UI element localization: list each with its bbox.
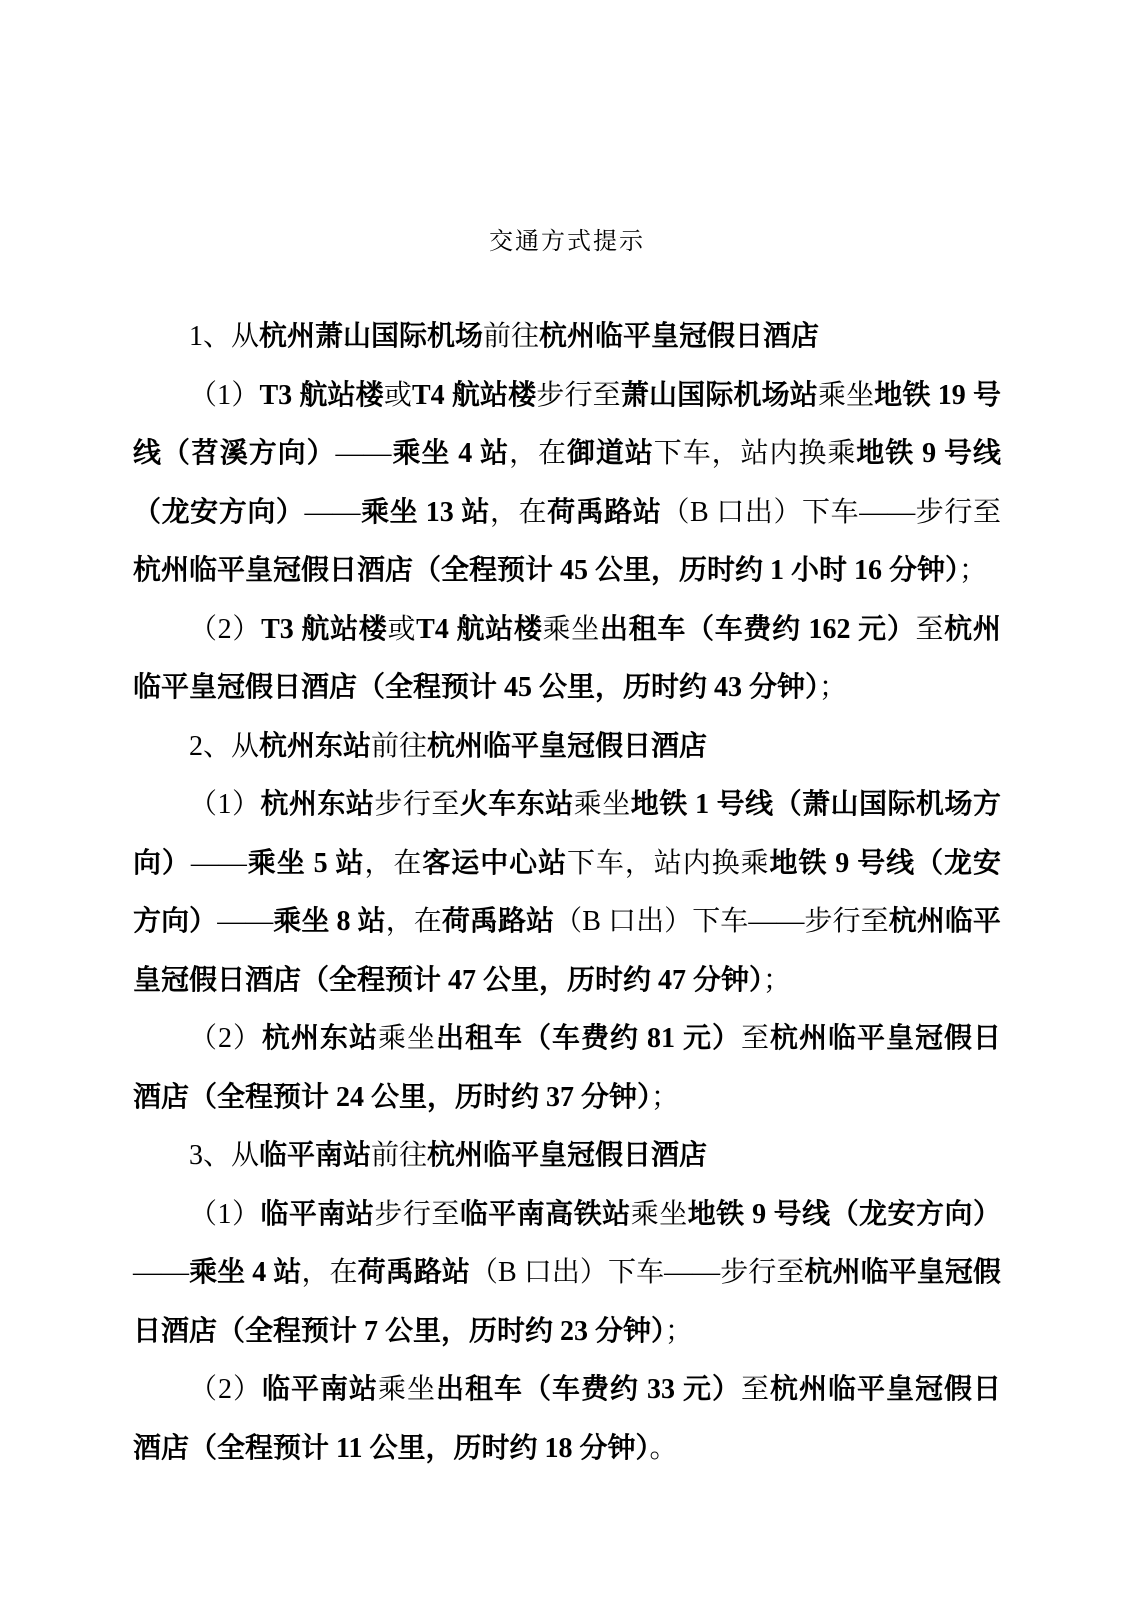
text-run: 至 bbox=[741, 1023, 770, 1054]
text-run: 下车，站内换乘 bbox=[567, 848, 770, 879]
text-run: —— bbox=[191, 848, 247, 879]
emphasis-run: 杭州临平皇冠假日酒店 bbox=[427, 1140, 707, 1171]
emphasis-run: 荷禹路站 bbox=[358, 1257, 470, 1288]
text-run: 乘坐 bbox=[378, 1023, 436, 1054]
text-run: （B 口出）下车——步行至 bbox=[470, 1257, 805, 1288]
text-run: 3、从 bbox=[189, 1140, 259, 1171]
emphasis-run: 临平南站 bbox=[260, 1199, 374, 1230]
text-run: （B 口出）下车——步行至 bbox=[661, 497, 1000, 528]
text-run: ； bbox=[665, 1316, 693, 1347]
text-run: 步行至 bbox=[374, 789, 459, 820]
section-1-item-2: （2）T3 航站楼或T4 航站楼乘坐出租车（车费约 162 元）至杭州临平皇冠假… bbox=[133, 601, 1001, 718]
text-run: （2） bbox=[189, 1023, 262, 1054]
section-1-heading: 1、从杭州萧山国际机场前往杭州临平皇冠假日酒店 bbox=[133, 308, 1001, 367]
emphasis-run: 萧山国际机场站 bbox=[621, 380, 818, 411]
text-run: ，在 bbox=[364, 848, 422, 879]
emphasis-run: 杭州临平皇冠假日酒店 bbox=[539, 321, 819, 352]
text-run: （1） bbox=[189, 1199, 260, 1230]
emphasis-run: T3 航站楼 bbox=[260, 380, 384, 411]
text-run: —— bbox=[133, 1257, 189, 1288]
text-run: （2） bbox=[189, 614, 261, 645]
text-run: —— bbox=[217, 906, 273, 937]
section-1-item-1: （1）T3 航站楼或T4 航站楼步行至萧山国际机场站乘坐地铁 19 号线（苕溪方… bbox=[133, 367, 1001, 601]
section-2-heading: 2、从杭州东站前往杭州临平皇冠假日酒店 bbox=[133, 718, 1001, 777]
emphasis-run: 乘坐 4 站 bbox=[392, 438, 510, 469]
text-run: （1） bbox=[189, 789, 260, 820]
text-run: （1） bbox=[189, 380, 260, 411]
emphasis-run: 杭州临平皇冠假日酒店（全程预计 45 公里，历时约 1 小时 16 分钟） bbox=[133, 555, 959, 586]
text-run: 步行至 bbox=[374, 1199, 459, 1230]
emphasis-run: 临平南高铁站 bbox=[460, 1199, 631, 1230]
emphasis-run: 临平南站 bbox=[262, 1374, 378, 1405]
emphasis-run: 出租车（车费约 33 元） bbox=[436, 1374, 741, 1405]
emphasis-run: 乘坐 5 站 bbox=[247, 848, 365, 879]
text-run: ，在 bbox=[490, 497, 547, 528]
text-run: ； bbox=[763, 965, 791, 996]
text-run: 1、从 bbox=[189, 321, 259, 352]
text-run: ； bbox=[959, 555, 987, 586]
emphasis-run: 出租车（车费约 162 元） bbox=[600, 614, 916, 645]
emphasis-run: 杭州东站 bbox=[262, 1023, 378, 1054]
section-3-item-1: （1）临平南站步行至临平南高铁站乘坐地铁 9 号线（龙安方向）——乘坐 4 站，… bbox=[133, 1186, 1001, 1362]
emphasis-run: 地铁 9 号线（龙安方向） bbox=[688, 1199, 1001, 1230]
text-run: 或 bbox=[387, 614, 416, 645]
text-run: ； bbox=[651, 1082, 679, 1113]
document-page: 交通方式提示 1、从杭州萧山国际机场前往杭州临平皇冠假日酒店（1）T3 航站楼或… bbox=[0, 0, 1131, 1600]
text-run: 乘坐 bbox=[818, 380, 874, 411]
text-run: 乘坐 bbox=[543, 614, 600, 645]
section-3-heading: 3、从临平南站前往杭州临平皇冠假日酒店 bbox=[133, 1127, 1001, 1186]
text-run: 至 bbox=[741, 1374, 770, 1405]
emphasis-run: 出租车（车费约 81 元） bbox=[436, 1023, 741, 1054]
emphasis-run: 乘坐 4 站 bbox=[189, 1257, 301, 1288]
emphasis-run: 临平南站 bbox=[259, 1140, 371, 1171]
text-run: 下车，站内换乘 bbox=[654, 438, 857, 469]
emphasis-run: 客运中心站 bbox=[422, 848, 567, 879]
text-run: （2） bbox=[189, 1374, 262, 1405]
document-title: 交通方式提示 bbox=[133, 226, 1001, 258]
text-run: 乘坐 bbox=[574, 789, 631, 820]
text-run: ，在 bbox=[386, 906, 442, 937]
section-2-item-1: （1）杭州东站步行至火车东站乘坐地铁 1 号线（萧山国际机场方向）——乘坐 5 … bbox=[133, 776, 1001, 1010]
text-run: 2、从 bbox=[189, 731, 259, 762]
emphasis-run: 杭州东站 bbox=[259, 731, 371, 762]
document-body: 1、从杭州萧山国际机场前往杭州临平皇冠假日酒店（1）T3 航站楼或T4 航站楼步… bbox=[133, 308, 1001, 1478]
text-run: 步行至 bbox=[536, 380, 621, 411]
text-run: 至 bbox=[916, 614, 945, 645]
text-run: 或 bbox=[384, 380, 412, 411]
text-run: —— bbox=[304, 497, 360, 528]
text-run: 乘坐 bbox=[378, 1374, 436, 1405]
text-run: ； bbox=[819, 672, 847, 703]
emphasis-run: 乘坐 8 站 bbox=[273, 906, 385, 937]
emphasis-run: 荷禹路站 bbox=[547, 497, 661, 528]
section-3-item-2: （2）临平南站乘坐出租车（车费约 33 元）至杭州临平皇冠假日酒店（全程预计 1… bbox=[133, 1361, 1001, 1478]
text-run: 乘坐 bbox=[631, 1199, 688, 1230]
emphasis-run: 杭州萧山国际机场 bbox=[259, 321, 483, 352]
emphasis-run: 杭州东站 bbox=[260, 789, 374, 820]
text-run: （B 口出）下车——步行至 bbox=[554, 906, 889, 937]
text-run: —— bbox=[336, 438, 392, 469]
emphasis-run: 杭州临平皇冠假日酒店 bbox=[427, 731, 707, 762]
emphasis-run: 荷禹路站 bbox=[442, 906, 554, 937]
text-run: 前往 bbox=[483, 321, 539, 352]
text-run: 前往 bbox=[371, 1140, 427, 1171]
emphasis-run: T4 航站楼 bbox=[412, 380, 536, 411]
emphasis-run: 火车东站 bbox=[460, 789, 574, 820]
emphasis-run: T4 航站楼 bbox=[416, 614, 542, 645]
document-content: 交通方式提示 1、从杭州萧山国际机场前往杭州临平皇冠假日酒店（1）T3 航站楼或… bbox=[0, 0, 1131, 1478]
text-run: ，在 bbox=[301, 1257, 357, 1288]
text-run: ，在 bbox=[509, 438, 567, 469]
section-2-item-2: （2）杭州东站乘坐出租车（车费约 81 元）至杭州临平皇冠假日酒店（全程预计 2… bbox=[133, 1010, 1001, 1127]
emphasis-run: T3 航站楼 bbox=[261, 614, 387, 645]
text-run: 前往 bbox=[371, 731, 427, 762]
text-run: 。 bbox=[649, 1433, 677, 1464]
emphasis-run: 御道站 bbox=[567, 438, 654, 469]
emphasis-run: 乘坐 13 站 bbox=[360, 497, 489, 528]
